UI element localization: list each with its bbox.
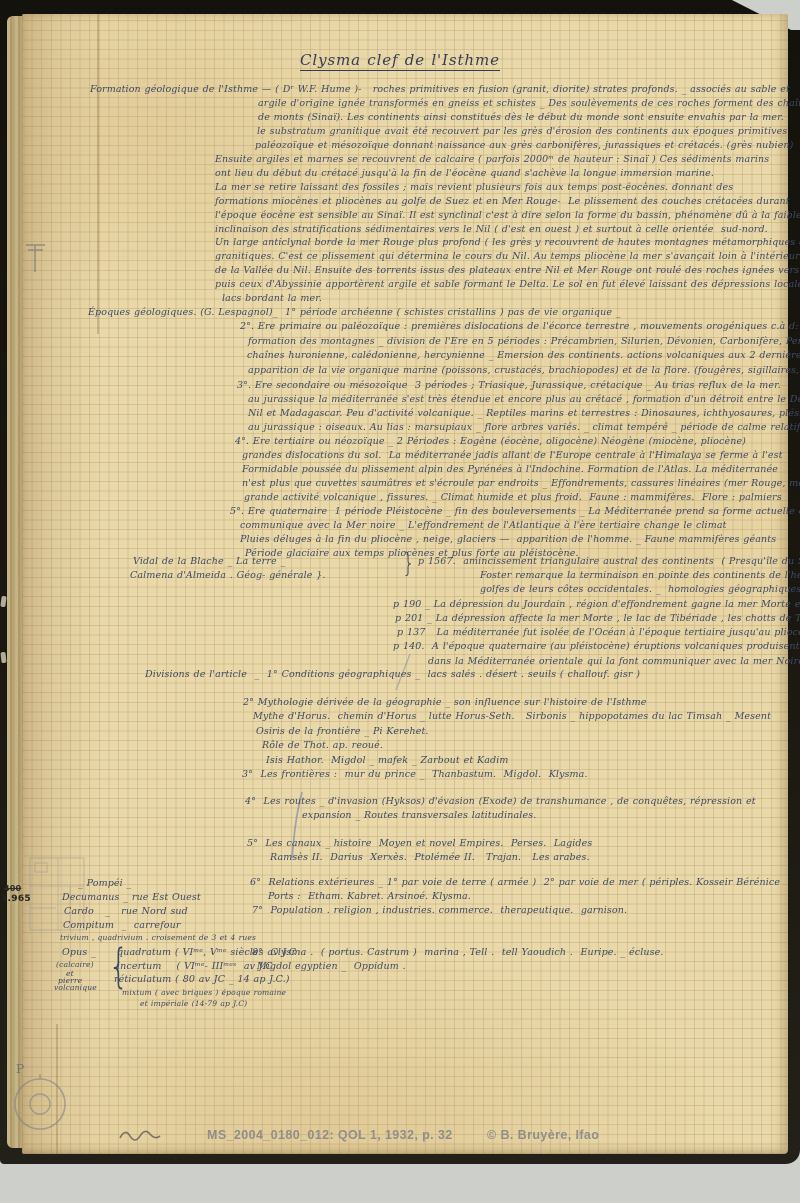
blue-pencil-stroke (286, 790, 306, 860)
margin-pencil-plan-sketch (26, 854, 92, 942)
scanned-manuscript-photo: { "document": { "title": "Clysma clef de… (0, 0, 800, 1203)
footer-credit: © B. Bruyère, Ifao (487, 1128, 599, 1142)
binding-stitch-mark (0, 652, 6, 663)
pencil-stroke (392, 652, 414, 692)
margin-pencil-compass-sketch (10, 1072, 72, 1134)
underlying-page-edge-line (97, 14, 99, 334)
margin-pencil-t-sketch (24, 240, 50, 276)
pencil-scribble (118, 1126, 162, 1144)
notebook-page: MS_2004_0180_012: QOL 1, 1932, p. 32 © B… (22, 14, 788, 1154)
footer-shelfmark: MS_2004_0180_012: QOL 1, 1932, p. 32 (207, 1128, 453, 1142)
